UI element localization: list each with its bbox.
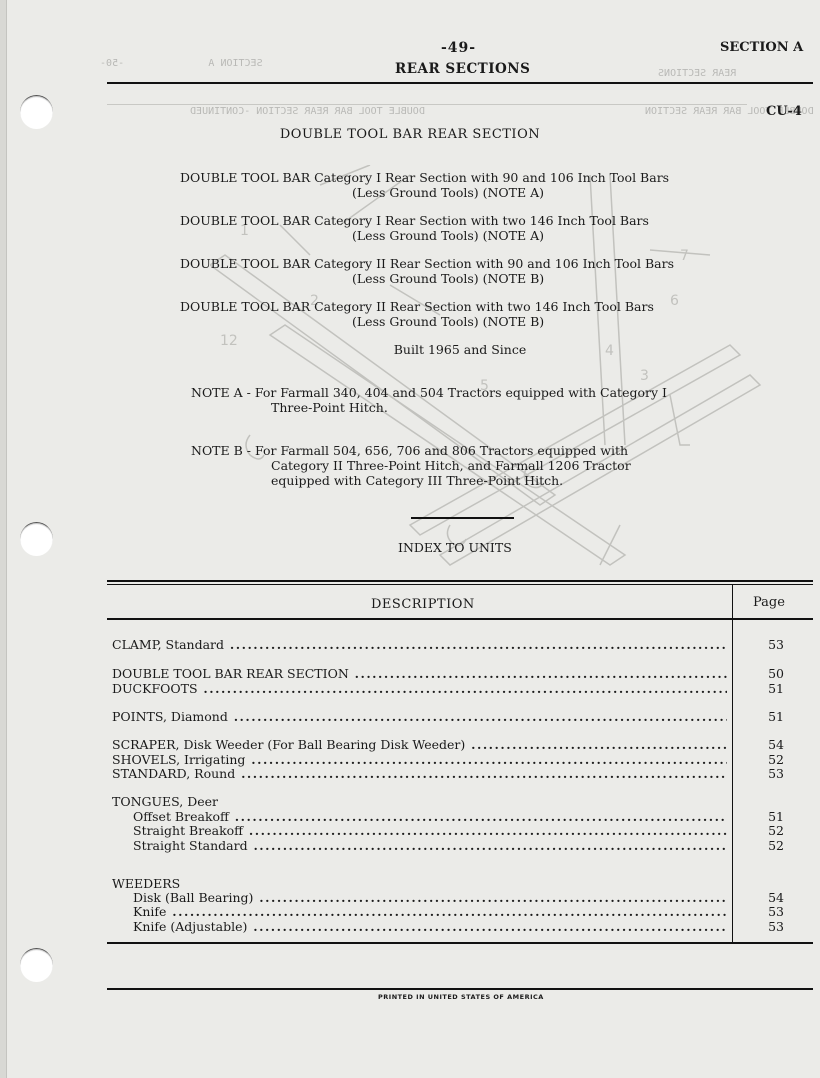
punch-hole (20, 948, 53, 982)
bleed-through-text: SECTION A -50- (100, 58, 263, 69)
punch-hole (20, 522, 53, 556)
table-header-rule (107, 618, 813, 620)
column-header-description: DESCRIPTION (371, 597, 475, 612)
bleed-through-text: REAR SECTIONS (658, 68, 736, 79)
table-row: Knife (Adjustable)53 (112, 920, 812, 934)
table-group-heading: WEEDERS (112, 877, 812, 891)
table-row: Straight Breakoff52 (112, 824, 812, 838)
table-top-rule (107, 584, 813, 585)
header-rule (107, 82, 813, 84)
punch-hole (20, 95, 53, 129)
section-title: REAR SECTIONS (395, 61, 530, 77)
table-row: SHOVELS, Irrigating52 (112, 753, 812, 767)
built-date: Built 1965 and Since (0, 342, 820, 357)
table-row: Knife53 (112, 905, 812, 919)
note-a: NOTE A - For Farmall 340, 404 and 504 Tr… (191, 385, 667, 415)
faint-rule (107, 104, 747, 105)
table-row: DOUBLE TOOL BAR REAR SECTION50 (112, 667, 812, 681)
page-edge (0, 0, 7, 1078)
footer-imprint: PRINTED IN UNITED STATES OF AMERICA (378, 993, 544, 1001)
table-group-heading: TONGUES, Deer (112, 795, 812, 809)
rear-section-entry: DOUBLE TOOL BAR Category I Rear Section … (180, 213, 649, 243)
catalog-code: CU-4 (766, 104, 802, 119)
divider-rule (411, 517, 514, 519)
main-title: DOUBLE TOOL BAR REAR SECTION (0, 127, 820, 142)
table-row: STANDARD, Round53 (112, 767, 812, 781)
table-row: Disk (Ball Bearing)54 (112, 891, 812, 905)
rear-section-entry: DOUBLE TOOL BAR Category II Rear Section… (180, 256, 674, 286)
bleed-through-text: DOUBLE TOOL BAR REAR SECTION -CONTINUED (190, 106, 425, 117)
column-header-page: Page (753, 595, 785, 610)
table-top-rule (107, 580, 813, 582)
table-row: DUCKFOOTS51 (112, 682, 812, 696)
index-title: INDEX TO UNITS (398, 540, 512, 555)
svg-text:3: 3 (640, 368, 649, 384)
rear-section-entry: DOUBLE TOOL BAR Category II Rear Section… (180, 299, 654, 329)
table-row: Straight Standard52 (112, 839, 812, 853)
section-label: SECTION A (720, 40, 803, 55)
footer-rule (107, 988, 813, 990)
table-row: SCRAPER, Disk Weeder (For Ball Bearing D… (112, 738, 812, 752)
note-b: NOTE B - For Farmall 504, 656, 706 and 8… (191, 443, 631, 488)
table-bottom-rule (107, 942, 813, 944)
table-row: CLAMP, Standard53 (112, 638, 812, 652)
svg-text:7: 7 (680, 248, 689, 264)
rear-section-entry: DOUBLE TOOL BAR Category I Rear Section … (180, 170, 669, 200)
page-number: -49- (441, 40, 476, 56)
svg-text:6: 6 (670, 293, 679, 309)
table-row: Offset Breakoff51 (112, 810, 812, 824)
table-row: POINTS, Diamond51 (112, 710, 812, 724)
